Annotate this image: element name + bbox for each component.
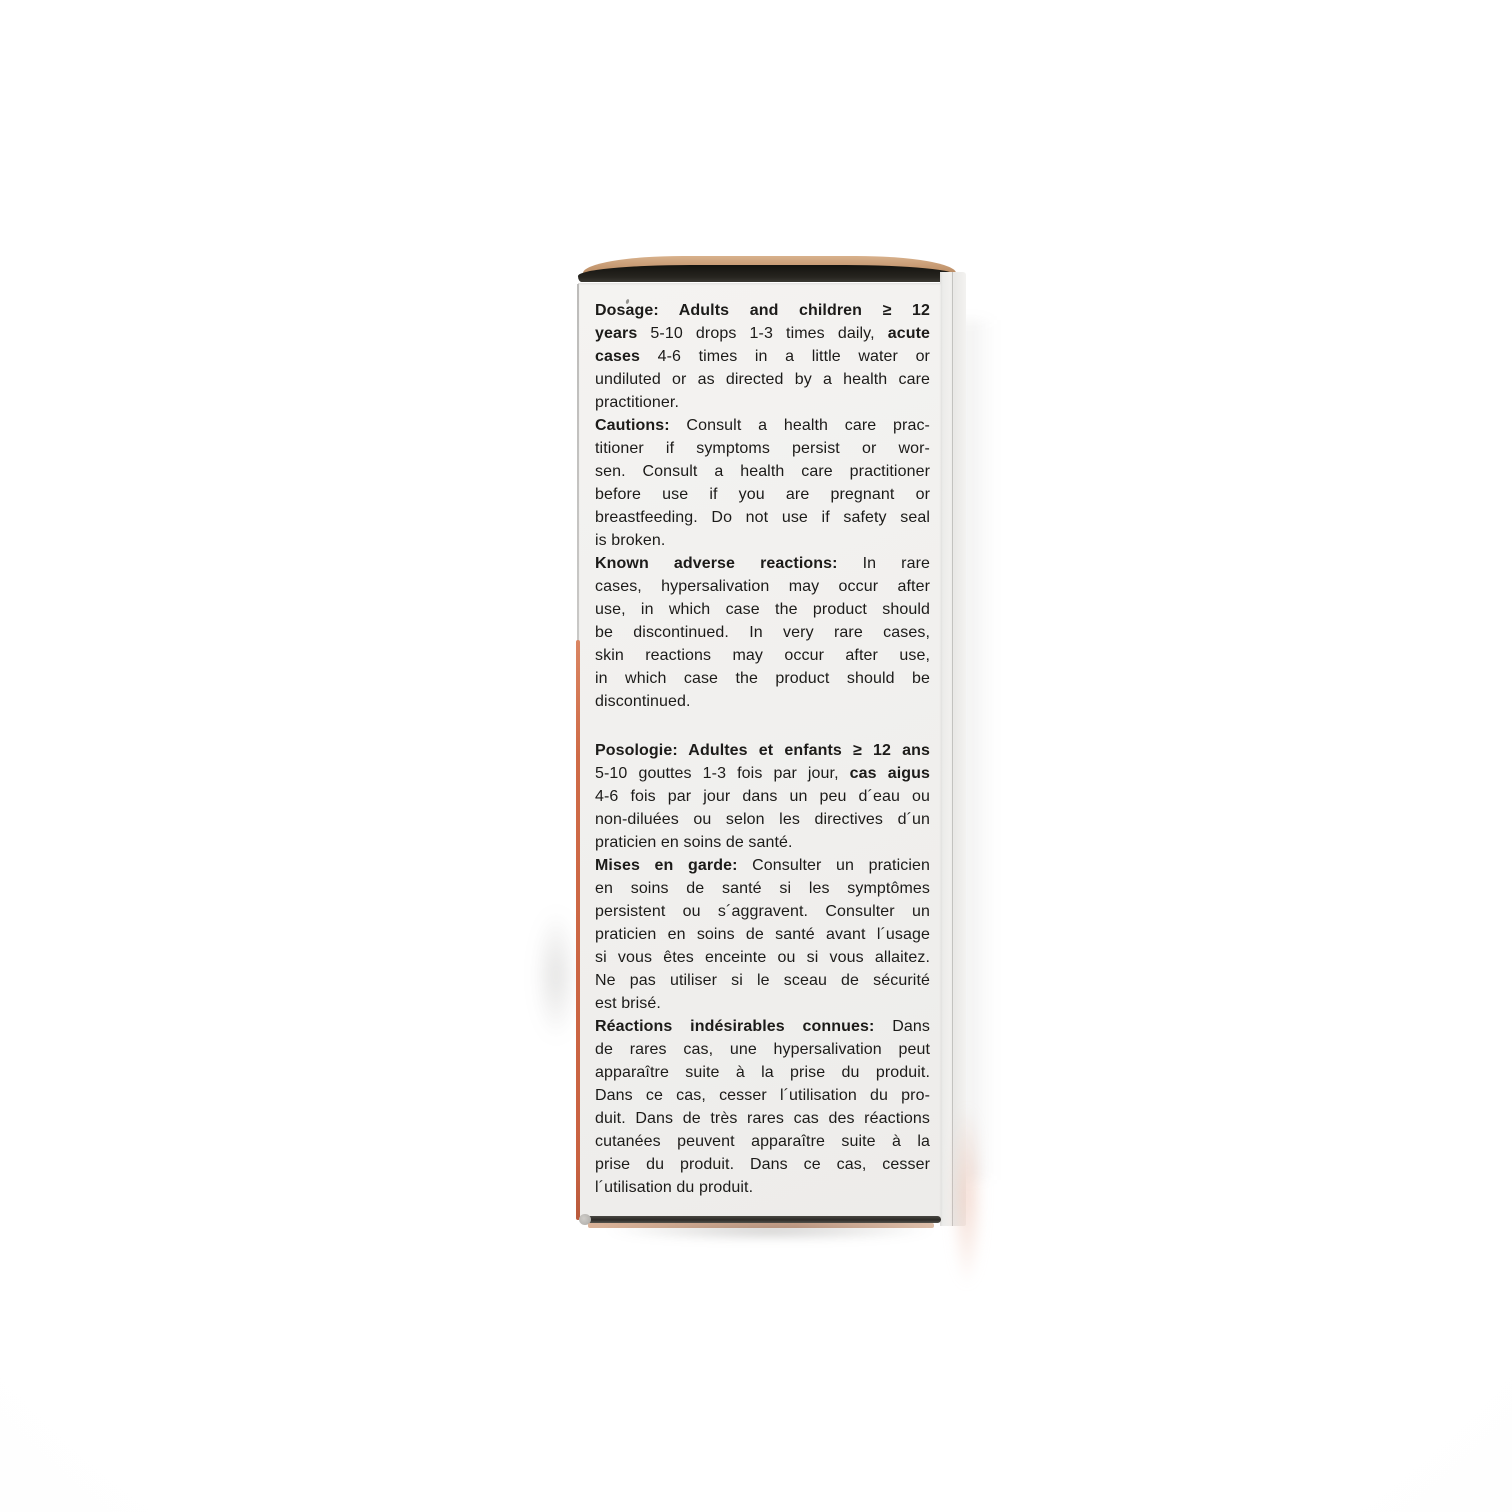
box-left-orange-accent [576, 640, 580, 1220]
ambient-shadow-left [520, 880, 580, 1070]
label-text-line: cases 4-6 times in a little water or [595, 345, 930, 368]
label-text-line: years 5-10 drops 1-3 times daily, acute [595, 322, 930, 345]
label-text-line: titioner if symptoms persist or wor- [595, 437, 930, 460]
label-text-line: Mises en garde: Consulter un praticien [595, 854, 930, 877]
box-front-panel: Dosage: Adults and children ≥ 12years 5-… [578, 283, 941, 1218]
box-left-edge-line [577, 284, 579, 644]
label-text-line: Ne pas utiliser si le sceau de sécurité [595, 969, 930, 992]
label-text-line: in which case the product should be [595, 667, 930, 690]
label-text-line: is broken. [595, 529, 930, 552]
label-text-line: 5-10 gouttes 1-3 fois par jour, cas aigu… [595, 762, 930, 785]
label-text-line: l´utilisation du produit. [595, 1176, 930, 1199]
label-text-english: Dosage: Adults and children ≥ 12years 5-… [595, 299, 930, 713]
label-text-line: 4-6 fois par jour dans un peu d´eau ou [595, 785, 930, 808]
label-paragraph: Réactions indésirables connues: Dansde r… [595, 1015, 930, 1199]
label-text-line: before use if you are pregnant or [595, 483, 930, 506]
label-text-line: praticien en soins de santé. [595, 831, 930, 854]
label-text-line: practitioner. [595, 391, 930, 414]
product-box-photo: Dosage: Adults and children ≥ 12years 5-… [0, 0, 1512, 1512]
label-text-line: de rares cas, une hypersalivation peut [595, 1038, 930, 1061]
label-text-line: non-diluées ou selon les directives d´un [595, 808, 930, 831]
ambient-shadow-right [962, 320, 1004, 1180]
product-box: Dosage: Adults and children ≥ 12years 5-… [578, 256, 968, 1242]
label-text-line: cutanées peuvent apparaître suite à la [595, 1130, 930, 1153]
label-text-line: Cautions: Consult a health care prac- [595, 414, 930, 437]
label-text-line: cases, hypersalivation may occur after [595, 575, 930, 598]
label-text-line: discontinued. [595, 690, 930, 713]
label-text-line: Known adverse reactions: In rare [595, 552, 930, 575]
label-text-line: Réactions indésirables connues: Dans [595, 1015, 930, 1038]
pink-reflection [944, 1066, 990, 1326]
box-top-seam [578, 265, 958, 282]
label-text-line: skin reactions may occur after use, [595, 644, 930, 667]
label-paragraph: Cautions: Consult a health care prac-tit… [595, 414, 930, 552]
label-text-line: undiluted or as directed by a health car… [595, 368, 930, 391]
label-text-line: breastfeeding. Do not use if safety seal [595, 506, 930, 529]
label-text-line: apparaître suite à la prise du produit. [595, 1061, 930, 1084]
label-text-line: praticien en soins de santé avant l´usag… [595, 923, 930, 946]
label-text-line: prise du produit. Dans ce cas, cesser [595, 1153, 930, 1176]
label-text-line: sen. Consult a health care practitioner [595, 460, 930, 483]
label-text-line: be discontinued. In very rare cases, [595, 621, 930, 644]
label-paragraph: Mises en garde: Consulter un praticienen… [595, 854, 930, 1015]
label-text-line: Dosage: Adults and children ≥ 12 [595, 299, 930, 322]
label-text-french: Posologie: Adultes et enfants ≥ 12 ans5-… [595, 739, 930, 1199]
box-under-shadow [568, 1224, 972, 1254]
label-text-line: duit. Dans de très rares cas des réactio… [595, 1107, 930, 1130]
label-text: Dosage: Adults and children ≥ 12years 5-… [578, 283, 941, 1199]
label-text-line: use, in which case the product should [595, 598, 930, 621]
label-text-line: persistent ou s´aggravent. Consulter un [595, 900, 930, 923]
label-text-line: est brisé. [595, 992, 930, 1015]
box-bottom-seam [583, 1216, 941, 1223]
label-text-line: Dans ce cas, cesser l´utilisation du pro… [595, 1084, 930, 1107]
label-paragraph: Known adverse reactions: In rarecases, h… [595, 552, 930, 713]
label-paragraph: Posologie: Adultes et enfants ≥ 12 ans5-… [595, 739, 930, 854]
label-text-line: Posologie: Adultes et enfants ≥ 12 ans [595, 739, 930, 762]
label-text-line: en soins de santé si les symptômes [595, 877, 930, 900]
label-paragraph: Dosage: Adults and children ≥ 12years 5-… [595, 299, 930, 414]
label-text-line: si vous êtes enceinte ou si vous allaite… [595, 946, 930, 969]
